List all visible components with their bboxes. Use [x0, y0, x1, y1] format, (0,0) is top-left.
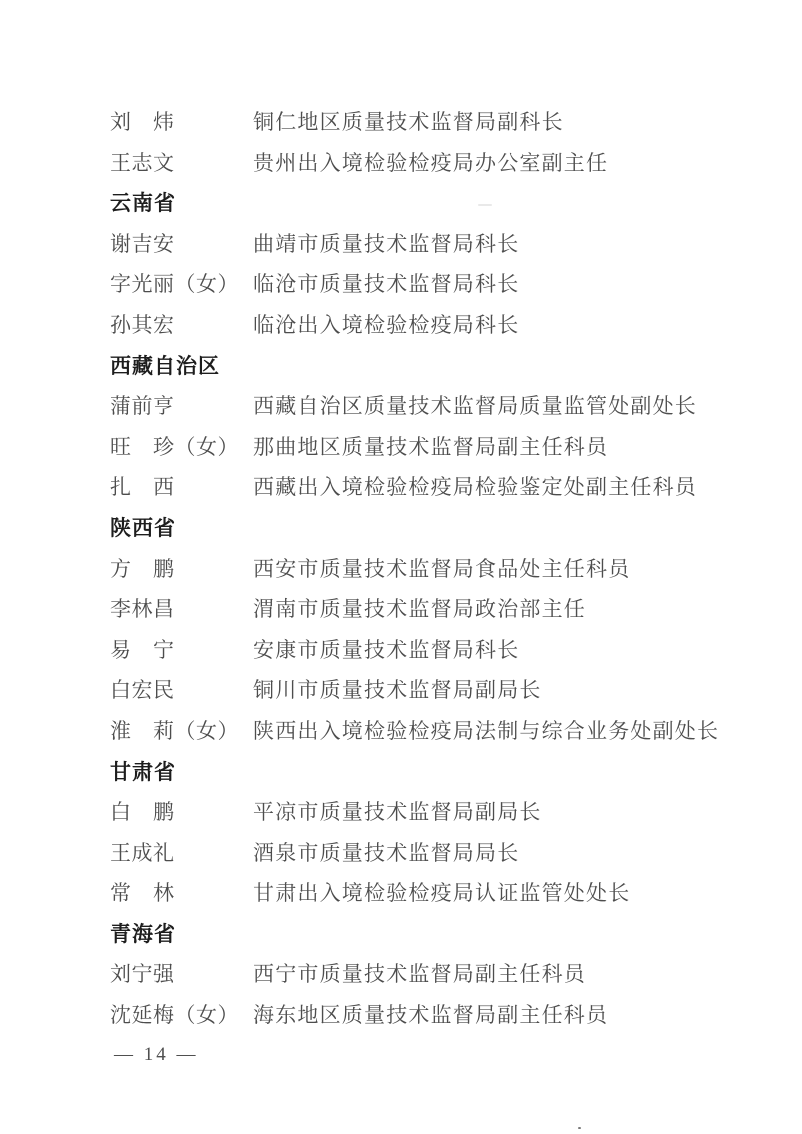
person-name: 刘 炜: [110, 111, 253, 133]
person-title: 西藏自治区质量技术监督局质量监管处副处长: [253, 395, 697, 417]
roster-row: 蒲前亨西藏自治区质量技术监督局质量监管处副处长: [110, 395, 762, 436]
scan-smudge-artifact: [478, 204, 492, 206]
person-name: 王成礼: [110, 842, 253, 864]
person-name: 易 宁: [110, 639, 253, 661]
province-section-heading: 西藏自治区: [110, 355, 762, 396]
person-name: 旺 珍（女）: [110, 436, 253, 458]
province-section-heading: 陕西省: [110, 517, 762, 558]
person-title: 安康市质量技术监督局科长: [253, 639, 519, 661]
person-title: 甘肃出入境检验检疫局认证监管处处长: [253, 882, 630, 904]
person-name: 扎 西: [110, 476, 253, 498]
roster-list: 刘 炜铜仁地区质量技术监督局副科长 王志文贵州出入境检验检疫局办公室副主任 云南…: [110, 111, 762, 1045]
roster-row: 常 林甘肃出入境检验检疫局认证监管处处长: [110, 882, 762, 923]
person-name: 蒲前亨: [110, 395, 253, 417]
person-name: 白宏民: [110, 679, 253, 701]
roster-row: 王成礼酒泉市质量技术监督局局长: [110, 842, 762, 883]
person-name: 谢吉安: [110, 233, 253, 255]
person-name: 沈延梅（女）: [110, 1004, 253, 1026]
person-name: 常 林: [110, 882, 253, 904]
person-title: 临沧出入境检验检疫局科长: [253, 314, 519, 336]
roster-row: 李林昌渭南市质量技术监督局政治部主任: [110, 598, 762, 639]
roster-row: 白宏民铜川市质量技术监督局副局长: [110, 679, 762, 720]
roster-row: 王志文贵州出入境检验检疫局办公室副主任: [110, 152, 762, 193]
province-section-heading: 青海省: [110, 923, 762, 964]
roster-row: 刘宁强西宁市质量技术监督局副主任科员: [110, 963, 762, 1004]
roster-row: 扎 西西藏出入境检验检疫局检验鉴定处副主任科员: [110, 476, 762, 517]
scanned-document-page: 刘 炜铜仁地区质量技术监督局副科长 王志文贵州出入境检验检疫局办公室副主任 云南…: [0, 0, 802, 1134]
province-section-heading: 甘肃省: [110, 761, 762, 802]
roster-row: 刘 炜铜仁地区质量技术监督局副科长: [110, 111, 762, 152]
person-title: 贵州出入境检验检疫局办公室副主任: [253, 152, 608, 174]
roster-row: 孙其宏临沧出入境检验检疫局科长: [110, 314, 762, 355]
person-name: 孙其宏: [110, 314, 253, 336]
roster-row: 谢吉安曲靖市质量技术监督局科长: [110, 233, 762, 274]
person-title: 那曲地区质量技术监督局副主任科员: [253, 436, 608, 458]
roster-row: 易 宁安康市质量技术监督局科长: [110, 639, 762, 680]
person-name: 方 鹏: [110, 558, 253, 580]
person-name: 李林昌: [110, 598, 253, 620]
page-number: — 14 —: [114, 1044, 199, 1066]
person-name: 字光丽（女）: [110, 273, 253, 295]
person-title: 西宁市质量技术监督局副主任科员: [253, 963, 586, 985]
person-title: 平凉市质量技术监督局副局长: [253, 801, 542, 823]
person-name: 淮 莉（女）: [110, 720, 253, 742]
roster-row: 方 鹏西安市质量技术监督局食品处主任科员: [110, 558, 762, 599]
person-title: 曲靖市质量技术监督局科长: [253, 233, 519, 255]
person-name: 王志文: [110, 152, 253, 174]
person-title: 临沧市质量技术监督局科长: [253, 273, 519, 295]
person-title: 陕西出入境检验检疫局法制与综合业务处副处长: [253, 720, 719, 742]
person-name: 刘宁强: [110, 963, 253, 985]
person-title: 海东地区质量技术监督局副主任科员: [253, 1004, 608, 1026]
roster-row: 沈延梅（女）海东地区质量技术监督局副主任科员: [110, 1004, 762, 1045]
person-name: 白 鹏: [110, 801, 253, 823]
person-title: 铜仁地区质量技术监督局副科长: [253, 111, 564, 133]
roster-row: 淮 莉（女）陕西出入境检验检疫局法制与综合业务处副处长: [110, 720, 762, 761]
roster-row: 旺 珍（女）那曲地区质量技术监督局副主任科员: [110, 436, 762, 477]
roster-row: 白 鹏平凉市质量技术监督局副局长: [110, 801, 762, 842]
person-title: 铜川市质量技术监督局副局长: [253, 679, 542, 701]
province-section-heading: 云南省: [110, 192, 762, 233]
person-title: 渭南市质量技术监督局政治部主任: [253, 598, 586, 620]
person-title: 酒泉市质量技术监督局局长: [253, 842, 519, 864]
roster-row: 字光丽（女）临沧市质量技术监督局科长: [110, 273, 762, 314]
scan-speck-artifact: [578, 1127, 581, 1129]
person-title: 西安市质量技术监督局食品处主任科员: [253, 558, 630, 580]
person-title: 西藏出入境检验检疫局检验鉴定处副主任科员: [253, 476, 697, 498]
